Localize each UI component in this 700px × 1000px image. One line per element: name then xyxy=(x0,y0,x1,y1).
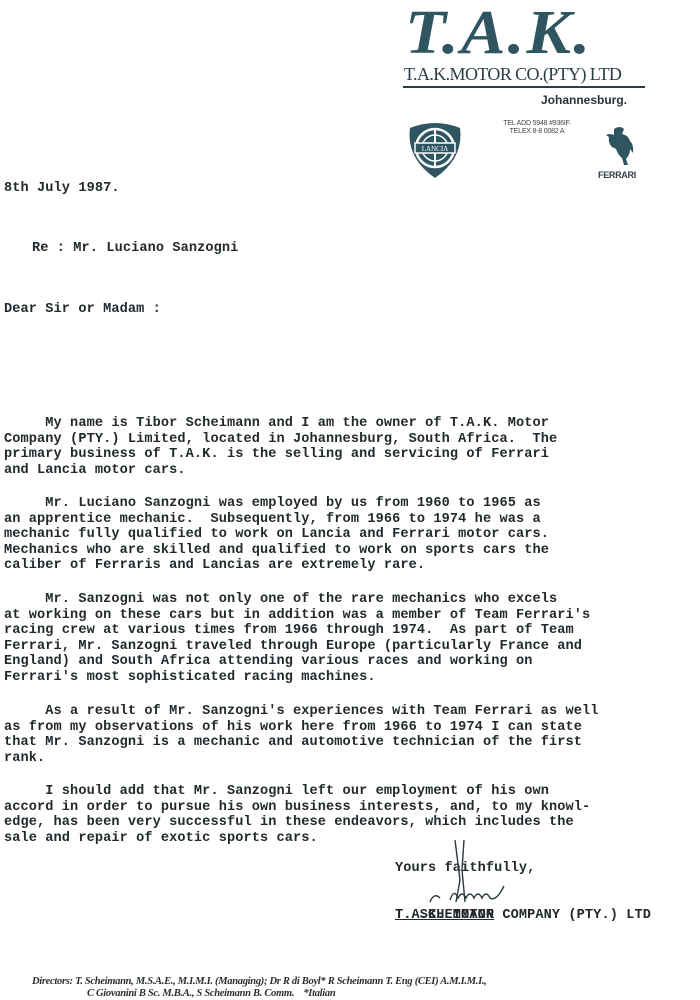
letter-date: 8th July 1987. xyxy=(4,181,120,197)
subject-line: Re : Mr. Luciano Sanzogni xyxy=(32,241,238,257)
contact-line: TELEX 8-8 0082 A xyxy=(487,128,587,136)
directors-line-1: Directors: T. Scheimann, M.S.A.E., M.I.M… xyxy=(32,976,487,988)
salutation: Dear Sir or Madam : xyxy=(4,302,161,318)
contact-info: TEL ADD 5948 #936IF. TELEX 8-8 0082 A xyxy=(487,120,587,136)
company-name: T.A.K.MOTOR CO.(PTY) LTD xyxy=(404,64,621,84)
contact-line: TEL ADD 5948 #936IF. xyxy=(487,120,587,128)
lancia-shield-icon: LANCIA xyxy=(406,120,464,180)
letterhead-rule xyxy=(403,86,645,88)
signatory-name: T. SCHEIMANN xyxy=(395,908,494,924)
city: Johannesburg. xyxy=(541,93,627,107)
ferrari-label: FERRARI xyxy=(598,170,636,180)
ferrari-prancing-horse-icon xyxy=(600,125,638,167)
svg-text:LANCIA: LANCIA xyxy=(422,145,448,153)
tak-logo: T.A.K. xyxy=(405,2,592,64)
directors-line-2: C Giovanini B Sc. M.B.A., S Scheimann B.… xyxy=(87,988,335,1000)
